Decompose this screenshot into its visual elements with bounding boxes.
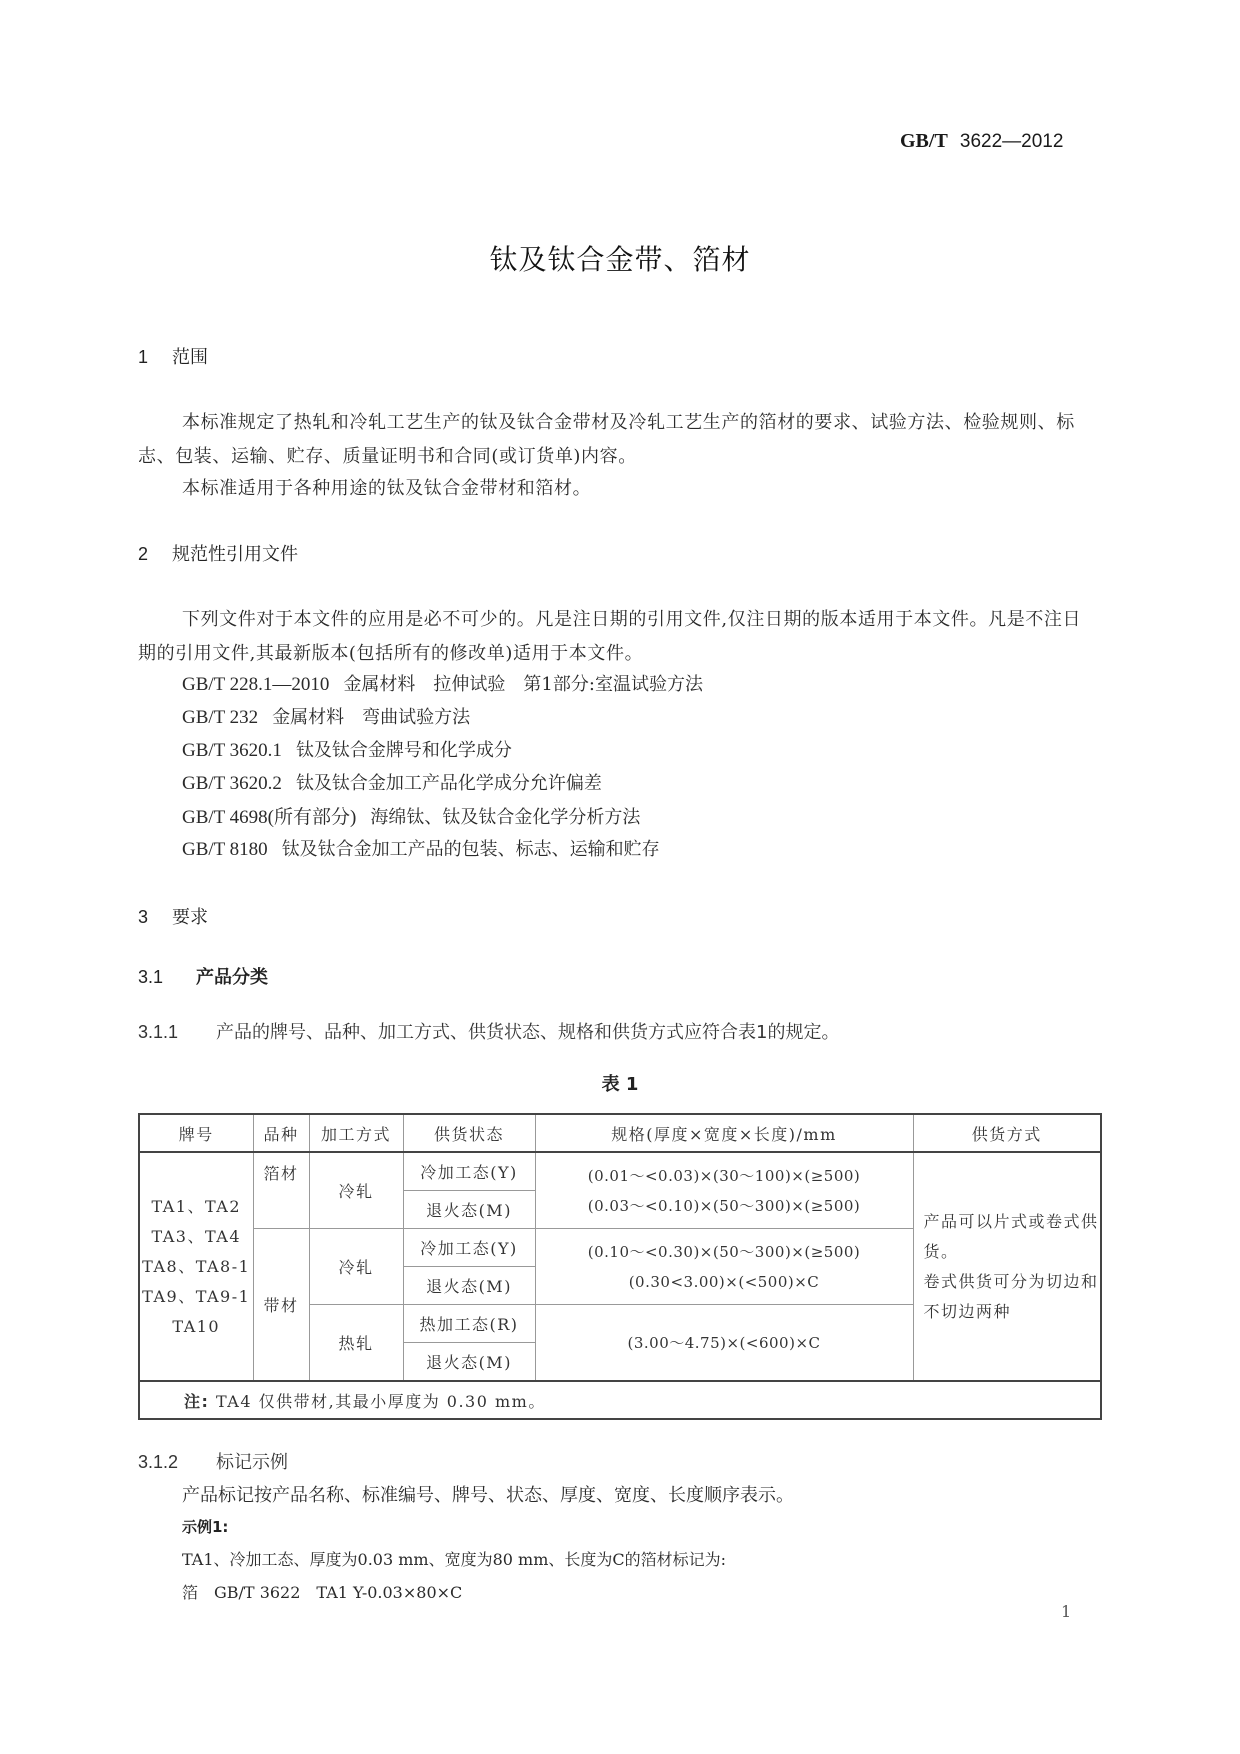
reference-item: GB/T 3620.2钛及钛合金加工产品化学成分允许偏差 <box>182 769 602 795</box>
state-cell: 冷加工态(Y) <box>403 1152 535 1191</box>
product-classification-table: 牌号 品种 加工方式 供货状态 规格(厚度×宽度×长度)/mm 供货方式 TA1… <box>138 1113 1102 1420</box>
variety-foil: 箔材 <box>253 1152 309 1229</box>
example-description: TA1、冷加工态、厚度为0.03 mm、宽度为80 mm、长度为C的箔材标记为: <box>182 1547 726 1570</box>
section-3-1-2-heading: 3.1.2标记示例 <box>138 1448 288 1474</box>
spec-cell: (3.00～4.75)×(<600)×C <box>535 1305 913 1382</box>
state-cell: 退火态(M) <box>403 1267 535 1305</box>
page-number: 1 <box>1061 1602 1071 1621</box>
document-title: 钛及钛合金带、箔材 <box>0 238 1240 278</box>
header-variety: 品种 <box>253 1114 309 1152</box>
example-marking: 箔 GB/T 3622 TA1 Y-0.03×80×C <box>182 1580 462 1603</box>
header-grade: 牌号 <box>139 1114 253 1152</box>
state-cell: 退火态(M) <box>403 1343 535 1382</box>
section-1-heading: 1范围 <box>138 343 208 369</box>
table-note-row: 注: TA4 仅供带材,其最小厚度为 0.30 mm。 <box>139 1381 1101 1419</box>
header-spec: 规格(厚度×宽度×长度)/mm <box>535 1114 913 1152</box>
process-cold-rolled: 冷轧 <box>309 1229 403 1305</box>
reference-item: GB/T 3620.1钛及钛合金牌号和化学成分 <box>182 736 512 762</box>
supply-method-cell: 产品可以片式或卷式供货。 卷式供货可分为切边和不切边两种 <box>913 1152 1101 1381</box>
example-label: 示例1: <box>182 1516 228 1537</box>
table-note: 注: TA4 仅供带材,其最小厚度为 0.30 mm。 <box>139 1381 1101 1419</box>
standard-prefix: GB/T <box>900 130 948 152</box>
section-2-intro: 下列文件对于本文件的应用是必不可少的。凡是注日期的引用文件,仅注日期的版本适用于… <box>138 603 1098 671</box>
section-2-heading: 2规范性引用文件 <box>138 540 298 566</box>
standard-code: GB/T 3622—2012 <box>900 130 1063 153</box>
section-1-paragraph-2: 本标准适用于各种用途的钛及钛合金带材和箔材。 <box>138 472 1098 506</box>
standard-number: 3622—2012 <box>960 131 1064 152</box>
state-cell: 冷加工态(Y) <box>403 1229 535 1267</box>
table-row: TA1、TA2 TA3、TA4 TA8、TA8-1 TA9、TA9-1 TA10… <box>139 1152 1101 1191</box>
section-3-1-1: 3.1.1产品的牌号、品种、加工方式、供货状态、规格和供货方式应符合表1的规定。 <box>138 1018 839 1044</box>
spec-cell: (0.01～<0.03)×(30～100)×(≥500) (0.03～<0.10… <box>535 1152 913 1229</box>
state-cell: 退火态(M) <box>403 1191 535 1229</box>
marking-rule-text: 产品标记按产品名称、标准编号、牌号、状态、厚度、宽度、长度顺序表示。 <box>182 1481 794 1507</box>
grades-cell: TA1、TA2 TA3、TA4 TA8、TA8-1 TA9、TA9-1 TA10 <box>139 1152 253 1381</box>
table-header-row: 牌号 品种 加工方式 供货状态 规格(厚度×宽度×长度)/mm 供货方式 <box>139 1114 1101 1152</box>
reference-item: GB/T 228.1—2010金属材料 拉伸试验 第1部分:室温试验方法 <box>182 670 703 696</box>
section-3-heading: 3要求 <box>138 903 208 929</box>
state-cell: 热加工态(R) <box>403 1305 535 1343</box>
reference-item: GB/T 8180钛及钛合金加工产品的包装、标志、运输和贮存 <box>182 835 660 861</box>
spec-cell: (0.10～<0.30)×(50～300)×(≥500) (0.30<3.00)… <box>535 1229 913 1305</box>
process-hot-rolled: 热轧 <box>309 1305 403 1382</box>
header-supply: 供货方式 <box>913 1114 1101 1152</box>
process-cold-rolled: 冷轧 <box>309 1152 403 1229</box>
reference-item: GB/T 232金属材料 弯曲试验方法 <box>182 703 470 729</box>
header-process: 加工方式 <box>309 1114 403 1152</box>
variety-strip: 带材 <box>253 1229 309 1382</box>
section-1-paragraph-1: 本标准规定了热轧和冷轧工艺生产的钛及钛合金带材及冷轧工艺生产的箔材的要求、试验方… <box>138 406 1098 474</box>
section-3-1-heading: 3.1产品分类 <box>138 963 268 989</box>
reference-item: GB/T 4698(所有部分)海绵钛、钛及钛合金化学分析方法 <box>182 802 640 829</box>
table-caption: 表 1 <box>0 1070 1240 1096</box>
header-state: 供货状态 <box>403 1114 535 1152</box>
